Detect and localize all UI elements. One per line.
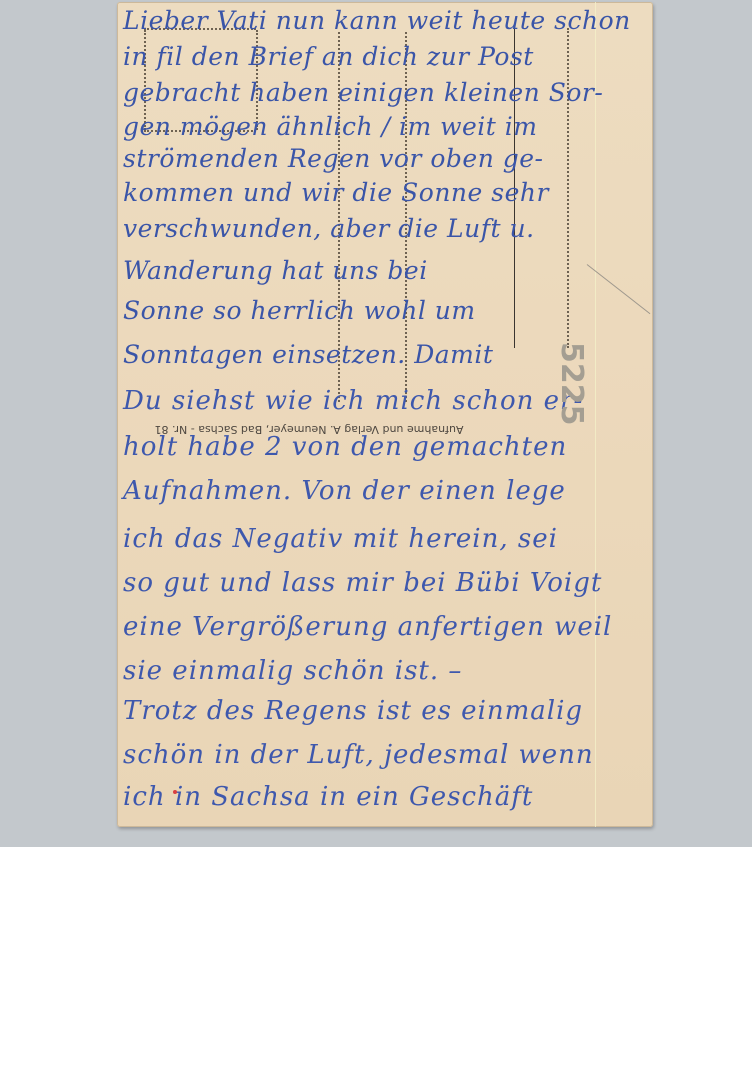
handwriting-line: Aufnahmen. Von der einen lege (123, 476, 566, 506)
handwriting-line: kommen und wir die Sonne sehr (123, 178, 549, 207)
handwriting-line: ich das Negativ mit herein, sei (123, 524, 558, 554)
handwriting-line: sie einmalig schön ist. – (123, 656, 462, 686)
red-ink-dot (173, 790, 177, 794)
handwriting-line: Wanderung hat uns bei (123, 256, 428, 285)
handwriting-line: strömenden Regen vor oben ge- (123, 144, 544, 173)
handwriting-line: Sonntagen einsetzen. Damit (123, 340, 493, 369)
handwriting-line: eine Vergrößerung anfertigen weil (123, 612, 612, 642)
handwriting-line: schön in der Luft, jedesmal wenn (123, 740, 594, 770)
handwriting-line: Sonne so herrlich wohl um (123, 296, 476, 325)
handwriting-line: gen mögen ähnlich / im weit im (123, 112, 538, 141)
handwriting-line: Du siehst wie ich mich schon er- (123, 386, 583, 416)
handwriting-line: Trotz des Regens ist es einmalig (123, 696, 583, 726)
handwriting-line: verschwunden, aber die Luft u. (123, 214, 535, 243)
handwriting-line: in fil den Brief an dich zur Post (123, 42, 534, 71)
handwriting-line: so gut und lass mir bei Bübi Voigt (123, 568, 602, 598)
handwriting-line: gebracht haben einigen kleinen Sor- (123, 78, 603, 107)
postcard: Lieber Vati nun kann weit heute schon in… (117, 2, 653, 827)
pencil-catalog-number: 5225 (554, 342, 589, 426)
guide-line-3 (567, 28, 569, 348)
handwriting-line: holt habe 2 von den gemachten (123, 432, 567, 462)
pencil-stroke (587, 264, 651, 314)
handwriting-line: Lieber Vati nun kann weit heute schon (123, 6, 631, 35)
scan-artifact-line (595, 2, 596, 827)
handwriting-line: ich in Sachsa in ein Geschäft (123, 782, 533, 812)
